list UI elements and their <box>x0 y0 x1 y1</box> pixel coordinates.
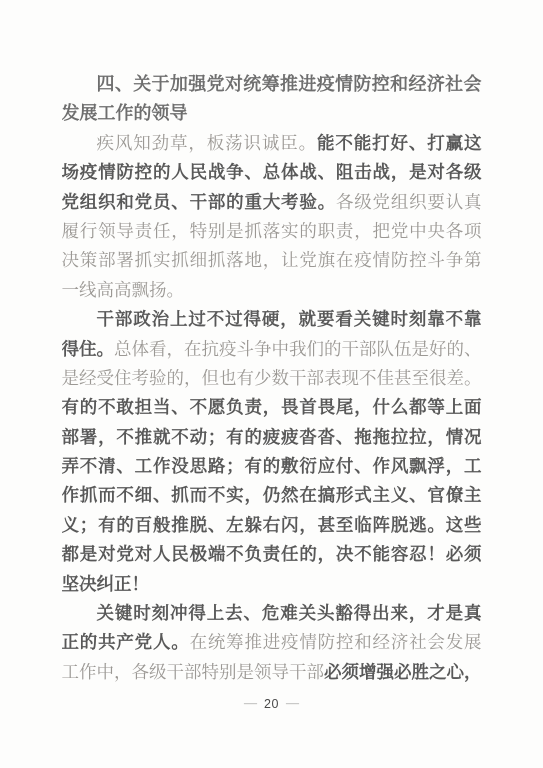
emphasis-text-segment: 部署，不推就不动；有的疲疲沓沓、拖拖拉拉，情况 <box>62 427 482 447</box>
regular-text-segment: 工作中，各级干部特别是领导干部 <box>62 662 325 682</box>
body-text-line: 干部政治上过不过得硬，就要看关键时刻靠不靠 <box>62 305 482 334</box>
footer-dash-left: — <box>244 695 257 710</box>
emphasis-text-segment: 发展工作的领导 <box>62 103 188 123</box>
paragraph: 关键时刻冲得上去、危难关头豁得出来，才是真正的共产党人。在统筹推进疫情防控和经济… <box>62 599 482 687</box>
emphasis-text-segment: 作抓而不细、抓而不实，仍然在搞形式主义、官僚主 <box>62 485 482 505</box>
regular-text-segment: 履行领导责任，特别是抓落实的职责，把党中央各项 <box>62 221 482 241</box>
body-text-line: 正的共产党人。在统筹推进疫情防控和经济社会发展 <box>62 628 482 657</box>
body-text-line: 有的不敢担当、不愿负责，畏首畏尾，什么都等上面 <box>62 393 482 422</box>
emphasis-text-segment: 都是对党对人民极端不负责任的，决不能容忍！必须 <box>62 544 482 564</box>
footer-dash-right: — <box>286 695 299 710</box>
page-number: 20 <box>264 697 279 711</box>
body-text-line: 工作中，各级干部特别是领导干部必须增强必胜之心， <box>62 658 482 687</box>
heading-line: 四、关于加强党对统筹推进疫情防控和经济社会 <box>62 70 482 99</box>
scanned-document-page: 四、关于加强党对统筹推进疫情防控和经济社会发展工作的领导疾风知劲草，板荡识诚臣。… <box>0 0 543 768</box>
body-text-line: 关键时刻冲得上去、危难关头豁得出来，才是真 <box>62 599 482 628</box>
paragraph: 干部政治上过不过得硬，就要看关键时刻靠不靠得住。总体看，在抗疫斗争中我们的干部队… <box>62 305 482 599</box>
text-block: 四、关于加强党对统筹推进疫情防控和经济社会发展工作的领导疾风知劲草，板荡识诚臣。… <box>62 0 482 687</box>
emphasis-text-segment: 正的共产党人。 <box>62 632 190 652</box>
heading-line: 发展工作的领导 <box>62 99 482 128</box>
emphasis-text-segment: 有的不敢担当、不愿负责，畏首畏尾，什么都等上面 <box>62 397 482 417</box>
body-text-line: 场疫情防控的人民战争、总体战、阻击战，是对各级 <box>62 158 482 187</box>
regular-text-segment: 是经受住考验的，但也有少数干部表现不佳甚至很差。 <box>62 368 482 388</box>
paragraph: 疾风知劲草，板荡识诚臣。能不能打好、打赢这场疫情防控的人民战争、总体战、阻击战，… <box>62 129 482 305</box>
regular-text-segment: 决策部署抓实抓细抓落地，让党旗在疫情防控斗争第 <box>62 250 482 270</box>
emphasis-text-segment: 弄不清、工作没思路；有的敷衍应付、作风飘浮，工 <box>62 456 482 476</box>
emphasis-text-segment: 党组织和党员、干部的重大考验。 <box>62 192 336 212</box>
body-text-line: 党组织和党员、干部的重大考验。各级党组织要认真 <box>62 188 482 217</box>
emphasis-text-segment: 干部政治上过不过得硬，就要看关键时刻靠不靠 <box>97 309 482 329</box>
regular-text-segment: 总体看，在抗疫斗争中我们的干部队伍是好的、 <box>114 339 482 359</box>
regular-text-segment: 疾风知劲草，板荡识诚臣。 <box>97 133 318 153</box>
emphasis-text-segment: 坚决纠正！ <box>62 574 150 594</box>
emphasis-text-segment: 场疫情防控的人民战争、总体战、阻击战，是对各级 <box>62 162 482 182</box>
section-heading: 四、关于加强党对统筹推进疫情防控和经济社会发展工作的领导 <box>62 70 482 129</box>
emphasis-text-segment: 必须增强必胜之心， <box>324 662 482 682</box>
body-text-line: 弄不清、工作没思路；有的敷衍应付、作风飘浮，工 <box>62 452 482 481</box>
body-text-line: 部署，不推就不动；有的疲疲沓沓、拖拖拉拉，情况 <box>62 423 482 452</box>
regular-text-segment: 在统筹推进疫情防控和经济社会发展 <box>190 632 482 652</box>
emphasis-text-segment: 得住。 <box>62 339 115 359</box>
emphasis-text-segment: 义；有的百般推脱、左躲右闪，甚至临阵脱逃。这些 <box>62 515 482 535</box>
body-text-line: 得住。总体看，在抗疫斗争中我们的干部队伍是好的、 <box>62 335 482 364</box>
page-footer: —20— <box>0 696 543 712</box>
emphasis-text-segment: 关键时刻冲得上去、危难关头豁得出来，才是真 <box>97 603 482 623</box>
emphasis-text-segment: 四、关于加强党对统筹推进疫情防控和经济社会 <box>97 74 482 94</box>
body-text-line: 作抓而不细、抓而不实，仍然在搞形式主义、官僚主 <box>62 481 482 510</box>
emphasis-text-segment: 能不能打好、打赢这 <box>317 133 482 153</box>
body-text-line: 履行领导责任，特别是抓落实的职责，把党中央各项 <box>62 217 482 246</box>
body-text-line: 都是对党对人民极端不负责任的，决不能容忍！必须 <box>62 540 482 569</box>
body-text-line: 坚决纠正！ <box>62 570 482 599</box>
regular-text-segment: 各级党组织要认真 <box>336 192 482 212</box>
body-text-line: 一线高高飘扬。 <box>62 276 482 305</box>
body-text-line: 是经受住考验的，但也有少数干部表现不佳甚至很差。 <box>62 364 482 393</box>
body-text-line: 疾风知劲草，板荡识诚臣。能不能打好、打赢这 <box>62 129 482 158</box>
body-text-line: 决策部署抓实抓细抓落地，让党旗在疫情防控斗争第 <box>62 246 482 275</box>
body-text-line: 义；有的百般推脱、左躲右闪，甚至临阵脱逃。这些 <box>62 511 482 540</box>
regular-text-segment: 一线高高飘扬。 <box>62 280 185 300</box>
